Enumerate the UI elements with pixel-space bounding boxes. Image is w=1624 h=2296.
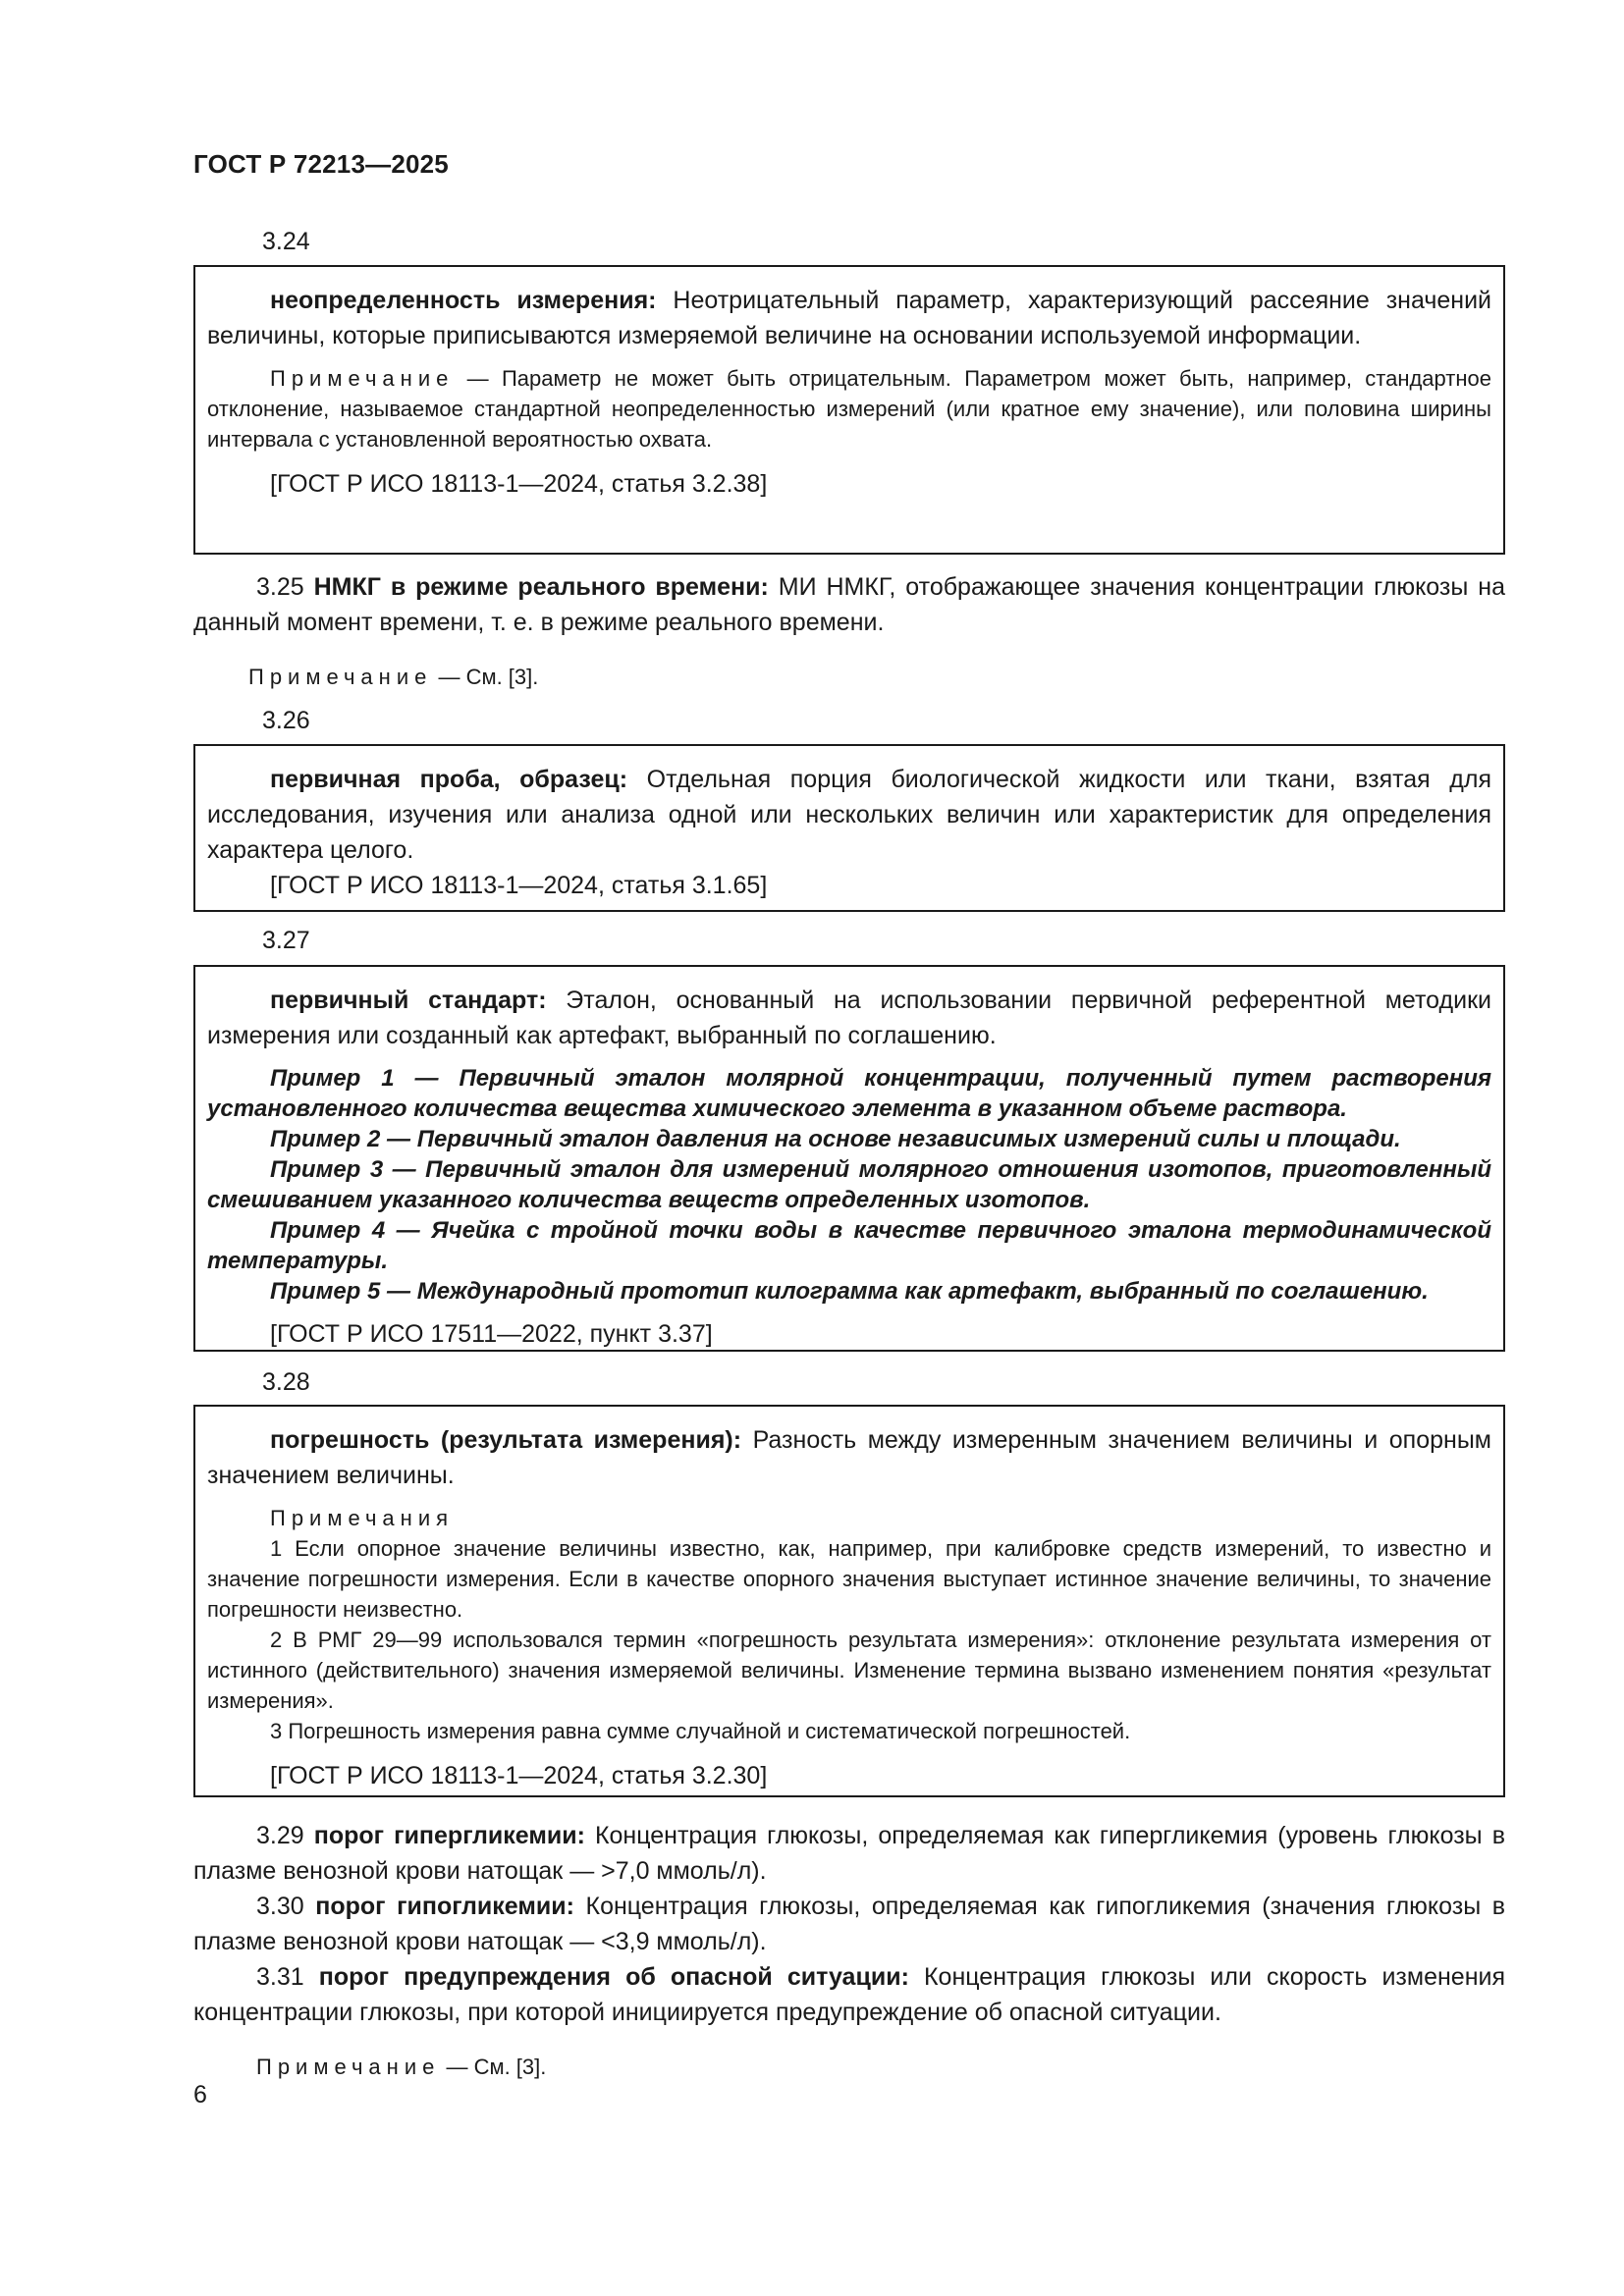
example-4: Пример 4 — Ячейка с тройной точки воды в… xyxy=(207,1215,1491,1276)
definition-3-25: 3.25 НМКГ в режиме реального времени: МИ… xyxy=(193,569,1505,640)
term-3-25: НМКГ в режиме реального времени: xyxy=(314,573,769,601)
definition-3-29: 3.29 порог гипергликемии: Концентрация г… xyxy=(193,1818,1505,1889)
example-3: Пример 3 — Первичный эталон для измерени… xyxy=(207,1154,1491,1215)
definition-box-3-28: погрешность (результата измерения): Разн… xyxy=(193,1405,1505,1797)
definition-3-26: первичная проба, образец: Отдельная порц… xyxy=(207,762,1491,868)
definition-3-31: 3.31 порог предупреждения об опасной сит… xyxy=(193,1959,1505,2030)
definition-3-30: 3.30 порог гипогликемии: Концентрация гл… xyxy=(193,1889,1505,1959)
note-3-24: Примечание — Параметр не может быть отри… xyxy=(207,363,1491,454)
examples-3-27: Пример 1 — Первичный эталон молярной кон… xyxy=(207,1063,1491,1307)
note-3-28-1: 1 Если опорное значение величины известн… xyxy=(207,1533,1491,1625)
example-5: Пример 5 — Международный прототип килогр… xyxy=(207,1276,1491,1307)
source-3-26: [ГОСТ Р ИСО 18113-1—2024, статья 3.1.65] xyxy=(207,868,1491,903)
example-2: Пример 2 — Первичный эталон давления на … xyxy=(207,1124,1491,1154)
notes-label-3-28: Примечания xyxy=(207,1503,1491,1533)
definition-box-3-26: первичная проба, образец: Отдельная порц… xyxy=(193,744,1505,912)
entry-number-3-27: 3.27 xyxy=(262,927,310,955)
definition-3-27: первичный стандарт: Эталон, основанный н… xyxy=(207,983,1491,1053)
definition-box-3-24: неопределенность измерения: Неотрицатель… xyxy=(193,265,1505,555)
term-3-28: погрешность (результата измерения): xyxy=(270,1426,741,1454)
source-3-28: [ГОСТ Р ИСО 18113-1—2024, статья 3.2.30] xyxy=(207,1758,1491,1793)
note-3-31: Примечание — См. [3]. xyxy=(193,2052,1505,2082)
example-1: Пример 1 — Первичный эталон молярной кон… xyxy=(207,1063,1491,1124)
note-label: Примечание xyxy=(256,2055,440,2079)
entry-number-3-24: 3.24 xyxy=(262,228,310,256)
definition-box-3-27: первичный стандарт: Эталон, основанный н… xyxy=(193,965,1505,1352)
entry-3-25: 3.25 НМКГ в режиме реального времени: МИ… xyxy=(193,569,1505,692)
term-3-24: неопределенность измерения: xyxy=(270,287,656,314)
entry-number-3-26: 3.26 xyxy=(262,707,310,735)
entry-number-3-28: 3.28 xyxy=(262,1368,310,1397)
term-3-26: первичная проба, образец: xyxy=(270,766,627,793)
page-number: 6 xyxy=(193,2081,207,2109)
definition-3-24: неопределенность измерения: Неотрицатель… xyxy=(207,283,1491,353)
definition-3-28: погрешность (результата измерения): Разн… xyxy=(207,1422,1491,1493)
entries-3-29-to-3-31: 3.29 порог гипергликемии: Концентрация г… xyxy=(193,1818,1505,2082)
note-3-28-2: 2 В РМГ 29—99 использовался термин «погр… xyxy=(207,1625,1491,1716)
term-3-27: первичный стандарт: xyxy=(270,987,547,1014)
note-3-28-3: 3 Погрешность измерения равна сумме случ… xyxy=(207,1716,1491,1746)
term-3-29: порог гипергликемии: xyxy=(314,1822,585,1849)
term-3-30: порог гипогликемии: xyxy=(315,1893,574,1920)
note-label: Примечание xyxy=(270,366,454,391)
document-header: ГОСТ Р 72213—2025 xyxy=(193,149,449,180)
note-3-25: Примечание — См. [3]. xyxy=(193,662,1505,692)
source-3-27: [ГОСТ Р ИСО 17511—2022, пункт 3.37] xyxy=(207,1316,1491,1352)
term-3-31: порог предупреждения об опасной ситуации… xyxy=(319,1963,909,1991)
note-label: Примечание xyxy=(248,665,432,689)
source-3-24: [ГОСТ Р ИСО 18113-1—2024, статья 3.2.38] xyxy=(207,466,1491,502)
